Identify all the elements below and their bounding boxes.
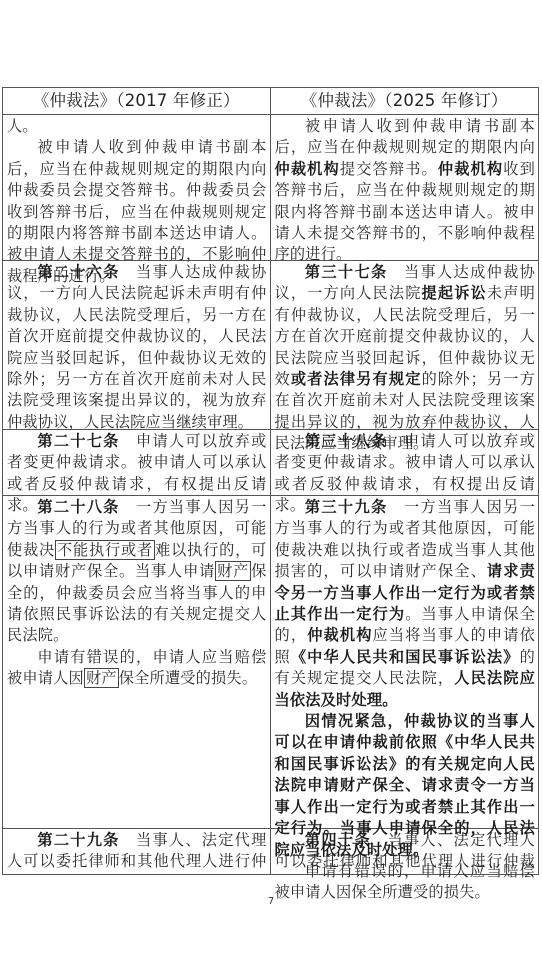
cell-2017: 人。被申请人收到仲裁申请书副本后，应当在仲裁规则规定的期限内向仲裁委员会提交答辩… xyxy=(3,115,271,260)
table-row: 人。被申请人收到仲裁申请书副本后，应当在仲裁规则规定的期限内向仲裁委员会提交答辩… xyxy=(3,114,538,260)
header-2017-version: 《仲裁法》（2017 年修正） xyxy=(3,88,271,114)
emphasized-text: 第三十七条 xyxy=(305,263,388,281)
emphasized-text: 第三十九条 xyxy=(305,498,388,516)
emphasized-text: 仲裁机构 xyxy=(275,160,340,178)
text-segment: 保全所遭受的损失。 xyxy=(119,669,258,687)
emphasized-text: 《中华人民共和国民事诉讼法》 xyxy=(291,648,520,666)
boxed-deleted-text: 财产 xyxy=(215,561,251,581)
emphasized-text: 第二十七条 xyxy=(37,432,119,450)
table-row: 第二十六条 当事人达成仲裁协议，一方向人民法院起诉未声明有仲裁协议，人民法院受理… xyxy=(3,260,538,429)
text-segment: 人。 xyxy=(7,117,38,135)
emphasized-text: 第二十六条 xyxy=(37,263,119,281)
header-2025-version: 《仲裁法》（2025 年修订） xyxy=(271,88,539,114)
comparison-table: 《仲裁法》（2017 年修正） 《仲裁法》（2025 年修订） 人。被申请人收到… xyxy=(2,87,539,875)
emphasized-text: 第二十八条 xyxy=(37,498,119,516)
cell-2025: 第三十九条 一方当事人因另一方当事人的行为或者其他原因，可能使裁决难以执行或者造… xyxy=(271,496,539,828)
boxed-deleted-text: 财产 xyxy=(84,668,119,688)
cell-2025: 被申请人收到仲裁申请书副本后，应当在仲裁规则规定的期限内向仲裁机构提交答辩书。仲… xyxy=(271,115,539,260)
emphasized-text: 提起诉讼 xyxy=(422,284,487,302)
emphasized-text: 第二十九条 xyxy=(37,831,119,849)
emphasized-text: 仲裁机构 xyxy=(438,160,503,178)
cell-2025: 第三十八条 申请人可以放弃或者变更仲裁请求。被申请人可以承认或者反驳仲裁请求，有… xyxy=(271,430,539,495)
emphasized-text: 仲裁机构 xyxy=(307,626,372,644)
text-segment: 被申请人收到仲裁申请书副本后，应当在仲裁规则规定的期限内向 xyxy=(275,117,536,156)
page-number: 7 xyxy=(0,896,542,907)
paragraph: 第四十条 当事人、法定代理人可以委托律师和其他代理人进行仲裁活动。委托律师 xyxy=(275,830,536,874)
paragraph: 被申请人收到仲裁申请书副本后，应当在仲裁规则规定的期限内向仲裁机构提交答辩书。仲… xyxy=(275,116,536,266)
cell-2017: 第二十六条 当事人达成仲裁协议，一方向人民法院起诉未声明有仲裁协议，人民法院受理… xyxy=(3,261,271,429)
text-segment: 提交答辩书。 xyxy=(340,160,438,178)
table-row: 第二十八条 一方当事人因另一方当事人的行为或者其他原因，可能使裁决不能执行或者难… xyxy=(3,495,538,828)
paragraph: 申请有错误的，申请人应当赔偿被申请人因财产保全所遭受的损失。 xyxy=(7,647,267,690)
text-segment: 当事人达成仲裁协议，一方向人民法院起诉未声明有仲裁协议，人民法院受理后，另一方在… xyxy=(7,263,267,431)
emphasized-text: 第四十条 xyxy=(305,831,371,849)
table-header-row: 《仲裁法》（2017 年修正） 《仲裁法》（2025 年修订） xyxy=(3,88,538,114)
paragraph: 第三十七条 当事人达成仲裁协议，一方向人民法院提起诉讼未声明有仲裁协议，人民法院… xyxy=(275,262,536,455)
cell-2025: 第三十七条 当事人达成仲裁协议，一方向人民法院提起诉讼未声明有仲裁协议，人民法院… xyxy=(271,261,539,429)
table-row: 第二十九条 当事人、法定代理人可以委托律师和其他代理人进行仲裁活动。委托律 第四… xyxy=(3,828,538,874)
paragraph: 第二十九条 当事人、法定代理人可以委托律师和其他代理人进行仲裁活动。委托律 xyxy=(7,830,267,874)
emphasized-text: 第三十八条 xyxy=(305,432,388,450)
paragraph: 人。 xyxy=(7,116,267,137)
cell-2025: 第四十条 当事人、法定代理人可以委托律师和其他代理人进行仲裁活动。委托律师 xyxy=(271,829,539,874)
boxed-deleted-text: 不能执行或者 xyxy=(55,540,155,560)
cell-2017: 第二十八条 一方当事人因另一方当事人的行为或者其他原因，可能使裁决不能执行或者难… xyxy=(3,496,271,828)
cell-2017: 第二十七条 申请人可以放弃或者变更仲裁请求。被申请人可以承认或者反驳仲裁请求，有… xyxy=(3,430,271,495)
paragraph: 第二十八条 一方当事人因另一方当事人的行为或者其他原因，可能使裁决不能执行或者难… xyxy=(7,497,267,647)
emphasized-text: 或者法律另有规定 xyxy=(291,370,422,388)
paragraph: 第三十九条 一方当事人因另一方当事人的行为或者其他原因，可能使裁决难以执行或者造… xyxy=(275,497,536,711)
cell-2017: 第二十九条 当事人、法定代理人可以委托律师和其他代理人进行仲裁活动。委托律 xyxy=(3,829,271,874)
table-row: 第二十七条 申请人可以放弃或者变更仲裁请求。被申请人可以承认或者反驳仲裁请求，有… xyxy=(3,429,538,495)
paragraph: 第二十六条 当事人达成仲裁协议，一方向人民法院起诉未声明有仲裁协议，人民法院受理… xyxy=(7,262,267,433)
